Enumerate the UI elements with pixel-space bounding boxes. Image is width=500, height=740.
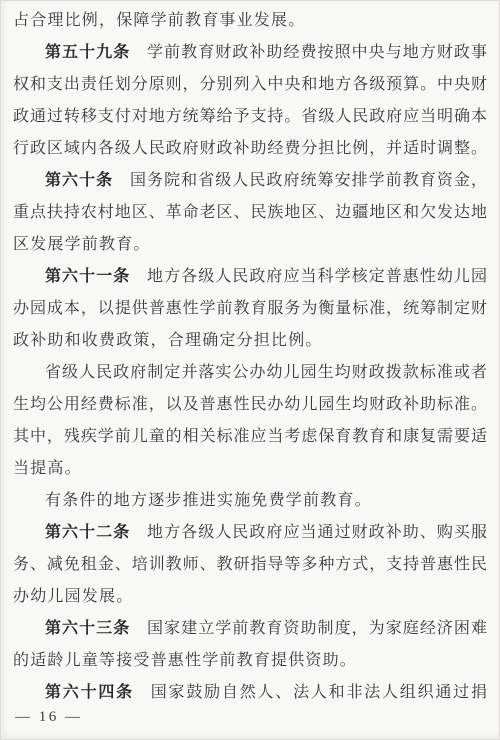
article-number: 第六十一条 xyxy=(45,268,130,285)
article-number: 第六十二条 xyxy=(45,524,130,541)
line-text: 省级人民政府制定并落实公办幼儿园生均财政拨款标准或者 xyxy=(45,364,487,381)
line-text: 政通过转移支付对地方统筹给予支持。省级人民政府应当明确本 xyxy=(13,108,487,125)
line-text: 办园成本，以提供普惠性学前教育服务为衡量标准，统筹制定财 xyxy=(13,300,487,317)
document-line: 重点扶持农村地区、革命老区、民族地区、边疆地区和欠发达地 xyxy=(13,197,487,229)
article-number: 第六十四条 xyxy=(45,684,134,701)
document-line-article-64: 第六十四条国家鼓励自然人、法人和非法人组织通过捐 xyxy=(13,677,487,709)
document-line: 行政区域内各级人民政府财政补助经费分担比例，并适时调整。 xyxy=(13,133,487,165)
document-line: 政补助和收费政策，合理确定分担比例。 xyxy=(13,325,487,357)
line-text: 重点扶持农村地区、革命老区、民族地区、边疆地区和欠发达地 xyxy=(13,204,487,221)
line-text: 占合理比例，保障学前教育事业发展。 xyxy=(13,12,305,29)
document-line: 生均公用经费标准，以及普惠性民办幼儿园生均财政补助标准。 xyxy=(13,389,487,421)
line-text: 政补助和收费政策，合理确定分担比例。 xyxy=(13,332,323,349)
line-text: 国家鼓励自然人、法人和非法人组织通过捐 xyxy=(151,684,487,701)
line-text: 生均公用经费标准，以及普惠性民办幼儿园生均财政补助标准。 xyxy=(13,396,487,413)
document-line: 办园成本，以提供普惠性学前教育服务为衡量标准，统筹制定财 xyxy=(13,293,487,325)
document-line: 其中，残疾学前儿童的相关标准应当考虑保育教育和康复需要适 xyxy=(13,421,487,453)
line-text: 区发展学前教育。 xyxy=(13,236,151,253)
line-text: 国务院和省级人民政府统筹安排学前教育资金， xyxy=(130,172,487,189)
line-text: 的适龄儿童等接受普惠性学前教育提供资助。 xyxy=(13,652,357,669)
article-number: 第六十条 xyxy=(45,172,113,189)
document-line: 有条件的地方逐步推进实施免费学前教育。 xyxy=(13,485,487,517)
line-text: 当提高。 xyxy=(13,460,82,477)
document-line: 办幼儿园发展。 xyxy=(13,581,487,613)
line-text: 务、减免租金、培训教师、教研指导等多种方式，支持普惠性民 xyxy=(13,556,487,573)
document-line-article-61: 第六十一条地方各级人民政府应当科学核定普惠性幼儿园 xyxy=(13,261,487,293)
document-line: 权和支出责任划分原则，分别列入中央和地方各级预算。中央财 xyxy=(13,69,487,101)
page-number: — 16 — xyxy=(15,706,83,728)
line-text: 行政区域内各级人民政府财政补助经费分担比例，并适时调整。 xyxy=(13,140,487,157)
document-line-article-62: 第六十二条地方各级人民政府应当通过财政补助、购买服 xyxy=(13,517,487,549)
document-line: 的适龄儿童等接受普惠性学前教育提供资助。 xyxy=(13,645,487,677)
document-line-article-63: 第六十三条国家建立学前教育资助制度，为家庭经济困难 xyxy=(13,613,487,645)
document-line: 政通过转移支付对地方统筹给予支持。省级人民政府应当明确本 xyxy=(13,101,487,133)
document-line-article-60: 第六十条国务院和省级人民政府统筹安排学前教育资金， xyxy=(13,165,487,197)
line-text: 国家建立学前教育资助制度，为家庭经济困难 xyxy=(147,620,487,637)
article-number: 第六十三条 xyxy=(45,620,130,637)
line-text: 地方各级人民政府应当通过财政补助、购买服 xyxy=(147,524,487,541)
line-text: 有条件的地方逐步推进实施免费学前教育。 xyxy=(45,492,372,509)
document-line-article-59: 第五十九条学前教育财政补助经费按照中央与地方财政事 xyxy=(13,37,487,69)
line-text: 办幼儿园发展。 xyxy=(13,588,133,605)
line-text: 其中，残疾学前儿童的相关标准应当考虑保育教育和康复需要适 xyxy=(13,428,487,445)
line-text: 地方各级人民政府应当科学核定普惠性幼儿园 xyxy=(147,268,487,285)
document-page: 占合理比例，保障学前教育事业发展。 第五十九条学前教育财政补助经费按照中央与地方… xyxy=(0,0,500,740)
document-line: 区发展学前教育。 xyxy=(13,229,487,261)
document-line: 省级人民政府制定并落实公办幼儿园生均财政拨款标准或者 xyxy=(13,357,487,389)
line-text: 权和支出责任划分原则，分别列入中央和地方各级预算。中央财 xyxy=(13,76,487,93)
document-line: 务、减免租金、培训教师、教研指导等多种方式，支持普惠性民 xyxy=(13,549,487,581)
document-body: 占合理比例，保障学前教育事业发展。 第五十九条学前教育财政补助经费按照中央与地方… xyxy=(13,5,487,709)
article-number: 第五十九条 xyxy=(45,44,130,61)
document-line: 当提高。 xyxy=(13,453,487,485)
document-line: 占合理比例，保障学前教育事业发展。 xyxy=(13,5,487,37)
line-text: 学前教育财政补助经费按照中央与地方财政事 xyxy=(147,44,487,61)
